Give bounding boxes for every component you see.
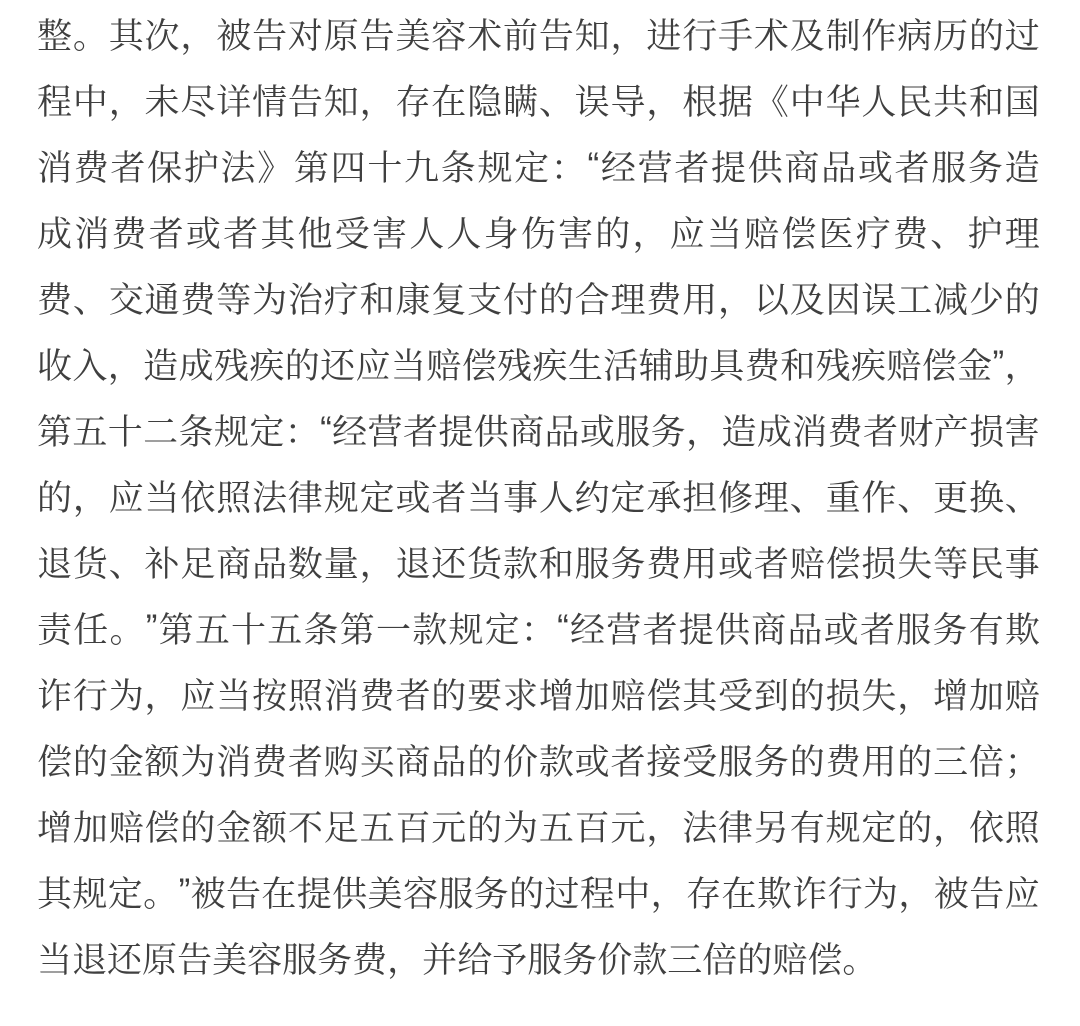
glyph: 责 xyxy=(37,603,72,653)
glyph: 受 xyxy=(718,669,753,719)
glyph: ， xyxy=(933,801,968,851)
glyph: 经 xyxy=(332,405,367,455)
glyph: 的 xyxy=(790,669,825,719)
glyph: 收 xyxy=(37,339,72,389)
glyph: 被 xyxy=(934,867,969,917)
glyph: 容 xyxy=(403,867,438,917)
glyph: 和 xyxy=(780,339,815,389)
glyph: 行 xyxy=(682,9,717,59)
glyph: 损 xyxy=(826,669,861,719)
glyph: 者 xyxy=(863,405,898,455)
glyph: 欺 xyxy=(757,867,792,917)
glyph: 导 xyxy=(611,75,646,125)
glyph: 瞒 xyxy=(503,75,538,125)
document-page: 整。其次，被告对原告美容术前告知，进行手术及制作病历的过 程中，未尽详情告知，存… xyxy=(0,0,1080,1026)
glyph: 合 xyxy=(575,273,610,323)
glyph: ” xyxy=(146,608,158,648)
glyph: 误 xyxy=(575,75,610,125)
glyph: 按 xyxy=(252,669,287,719)
glyph: 应 xyxy=(356,339,391,389)
text-line: 消费者保护法》第四十九条规定：“经营者提供商品或者服务造 xyxy=(37,133,1040,199)
glyph: 的 xyxy=(969,9,1004,59)
glyph: 三 xyxy=(667,933,702,983)
glyph: 应 xyxy=(109,471,144,521)
glyph: 伤 xyxy=(521,207,556,257)
glyph: 过 xyxy=(1005,9,1040,59)
glyph: 疗 xyxy=(324,273,359,323)
glyph: 隐 xyxy=(467,75,502,125)
glyph: 者 xyxy=(431,471,466,521)
glyph: 增 xyxy=(539,669,574,719)
glyph: 量 xyxy=(324,537,359,587)
glyph: 律 xyxy=(288,471,323,521)
glyph: 历 xyxy=(933,9,968,59)
glyph: 和 xyxy=(539,537,574,587)
glyph: 告 xyxy=(288,75,323,125)
glyph: 、 xyxy=(73,273,108,323)
glyph: 九 xyxy=(404,141,439,191)
glyph: 。 xyxy=(143,867,178,917)
glyph: 偿 xyxy=(922,339,957,389)
glyph: 任 xyxy=(73,603,108,653)
glyph: 生 xyxy=(568,339,603,389)
glyph: 赔 xyxy=(886,339,921,389)
glyph: 行 xyxy=(828,867,863,917)
glyph: 复 xyxy=(431,273,466,323)
glyph: 前 xyxy=(503,9,538,59)
glyph: 赔 xyxy=(426,339,461,389)
glyph: 五 xyxy=(195,603,230,653)
glyph: 一 xyxy=(376,603,411,653)
glyph: 、 xyxy=(109,537,144,587)
glyph: ， xyxy=(360,75,395,125)
glyph: 人 xyxy=(446,207,481,257)
glyph: 情 xyxy=(252,75,287,125)
glyph: 者 xyxy=(110,141,145,191)
glyph: 十 xyxy=(108,405,143,455)
glyph: 残 xyxy=(497,339,532,389)
glyph: 费 xyxy=(360,669,395,719)
glyph: 和 xyxy=(360,273,395,323)
glyph: 中 xyxy=(790,75,825,125)
glyph: 知 xyxy=(575,9,610,59)
glyph: 疾 xyxy=(851,339,886,389)
glyph: 者 xyxy=(860,603,895,653)
glyph: 条 xyxy=(304,603,339,653)
glyph: 费 xyxy=(180,273,215,323)
glyph: 原 xyxy=(142,933,177,983)
glyph: 还 xyxy=(431,537,466,587)
glyph: 并 xyxy=(422,933,457,983)
glyph: 换 xyxy=(969,471,1004,521)
glyph: 费 xyxy=(37,273,72,323)
glyph: 告 xyxy=(360,9,395,59)
glyph: 定 xyxy=(861,801,896,851)
glyph: 用 xyxy=(682,537,717,587)
glyph: 的 xyxy=(431,669,466,719)
glyph: ， xyxy=(646,801,681,851)
glyph: 告 xyxy=(539,9,574,59)
glyph: 服 xyxy=(718,735,753,785)
glyph: 服 xyxy=(282,933,317,983)
glyph: 商 xyxy=(216,537,251,587)
glyph: 当 xyxy=(37,933,72,983)
glyph: 者 xyxy=(674,141,709,191)
glyph: 三 xyxy=(933,735,968,785)
glyph: 在 xyxy=(261,867,296,917)
glyph: 当 xyxy=(391,339,426,389)
text-line: 增加赔偿的金额不足五百元的为五百元，法律另有规定的，依照 xyxy=(37,793,1040,859)
glyph: 款 xyxy=(539,735,574,785)
glyph: 人 xyxy=(409,207,444,257)
glyph: 、 xyxy=(930,207,965,257)
glyph: 五 xyxy=(267,603,302,653)
glyph: 应 xyxy=(180,669,215,719)
glyph: 营 xyxy=(638,141,673,191)
glyph: ， xyxy=(686,405,721,455)
glyph: 、 xyxy=(1005,471,1040,521)
glyph: 次 xyxy=(145,9,180,59)
glyph: 务 xyxy=(317,933,352,983)
glyph: 款 xyxy=(632,933,667,983)
glyph: 其 xyxy=(109,9,144,59)
glyph: 、 xyxy=(790,471,825,521)
glyph: 服 xyxy=(615,405,650,455)
glyph: 民 xyxy=(969,537,1004,587)
glyph: 赔 xyxy=(772,933,807,983)
glyph: 费 xyxy=(745,339,780,389)
glyph: 国 xyxy=(1005,75,1040,125)
glyph: 提 xyxy=(711,141,746,191)
glyph: 身 xyxy=(484,207,519,257)
glyph: 的 xyxy=(1005,273,1040,323)
glyph: 或 xyxy=(186,207,221,257)
glyph: 疾 xyxy=(249,339,284,389)
glyph: 对 xyxy=(288,9,323,59)
glyph: 者 xyxy=(895,141,930,191)
glyph: 其 xyxy=(37,867,72,917)
glyph: 事 xyxy=(503,471,538,521)
glyph: 供 xyxy=(332,867,367,917)
glyph: 经 xyxy=(570,603,605,653)
glyph: 消 xyxy=(324,669,359,719)
glyph: 偿 xyxy=(826,537,861,587)
glyph: 、 xyxy=(539,75,574,125)
glyph: 据 xyxy=(718,75,753,125)
glyph: 退 xyxy=(395,537,430,587)
glyph: 第 xyxy=(159,603,194,653)
text-line: 其规定。”被告在提供美容服务的过程中，存在欺诈行为，被告应 xyxy=(37,859,1040,925)
glyph: 造 xyxy=(721,405,756,455)
text-line: 退货、补足商品数量，退还货款和服务费用或者赔偿损失等民事 xyxy=(37,529,1040,595)
glyph: 给 xyxy=(457,933,492,983)
glyph: 误 xyxy=(861,273,896,323)
glyph: 规 xyxy=(72,867,107,917)
text-line: 的，应当依照法律规定或者当事人约定承担修理、重作、更换、 xyxy=(37,463,1040,529)
glyph: 偿 xyxy=(781,207,816,257)
glyph: 金 xyxy=(109,735,144,785)
glyph: 消 xyxy=(216,735,251,785)
glyph: 疾 xyxy=(532,339,567,389)
glyph: 知 xyxy=(324,75,359,125)
glyph: 足 xyxy=(324,801,359,851)
glyph: ： xyxy=(551,141,586,191)
glyph: 以 xyxy=(754,273,789,323)
glyph: 根 xyxy=(682,75,717,125)
glyph: 者 xyxy=(643,603,678,653)
glyph: 或 xyxy=(824,603,859,653)
glyph: ” xyxy=(993,344,1005,384)
glyph: 》 xyxy=(257,141,292,191)
glyph: 成 xyxy=(179,339,214,389)
glyph: 二 xyxy=(143,405,178,455)
glyph: 或 xyxy=(395,471,430,521)
glyph: 程 xyxy=(37,75,72,125)
glyph: 护 xyxy=(967,207,1002,257)
text-line: 偿的金额为消费者购买商品的价款或者接受服务的费用的三倍； xyxy=(37,727,1040,793)
glyph: 华 xyxy=(826,75,861,125)
glyph: 法 xyxy=(682,801,717,851)
glyph: 款 xyxy=(412,603,447,653)
glyph: 少 xyxy=(969,273,1004,323)
glyph: 美 xyxy=(395,9,430,59)
glyph: 元 xyxy=(431,801,466,851)
glyph: 偿 xyxy=(462,339,497,389)
glyph: 务 xyxy=(968,141,1003,191)
glyph: 存 xyxy=(686,867,721,917)
glyph: 的 xyxy=(539,273,574,323)
glyph: 买 xyxy=(360,735,395,785)
glyph: 务 xyxy=(651,405,686,455)
glyph: 的 xyxy=(790,735,825,785)
glyph: 照 xyxy=(288,669,323,719)
glyph: 务 xyxy=(474,867,509,917)
glyph: 制 xyxy=(826,9,861,59)
glyph: 修 xyxy=(718,471,753,521)
glyph: 进 xyxy=(646,9,681,59)
glyph: 行 xyxy=(73,669,108,719)
glyph: 其 xyxy=(682,669,717,719)
glyph: 为 xyxy=(252,273,287,323)
glyph: 工 xyxy=(897,273,932,323)
glyph: 更 xyxy=(933,471,968,521)
glyph: 的 xyxy=(737,933,772,983)
glyph: ， xyxy=(108,339,143,389)
glyph: 条 xyxy=(441,141,476,191)
glyph: 费 xyxy=(646,273,681,323)
glyph: 残 xyxy=(816,339,851,389)
glyph: ， xyxy=(360,537,395,587)
glyph: 务 xyxy=(754,735,789,785)
glyph: 到 xyxy=(754,669,789,719)
glyph: ： xyxy=(285,405,320,455)
glyph: 品 xyxy=(252,537,287,587)
glyph: 的 xyxy=(467,801,502,851)
glyph: ， xyxy=(73,471,108,521)
glyph: 消 xyxy=(792,405,827,455)
glyph: 的 xyxy=(73,735,108,785)
glyph: 第 xyxy=(294,141,329,191)
glyph: 民 xyxy=(897,75,932,125)
glyph: “ xyxy=(320,410,332,450)
glyph: ， xyxy=(898,867,933,917)
glyph: 康 xyxy=(395,273,430,323)
glyph: 额 xyxy=(145,735,180,785)
glyph: 规 xyxy=(324,471,359,521)
glyph: 病 xyxy=(897,9,932,59)
glyph: 价 xyxy=(597,933,632,983)
glyph: 定 xyxy=(485,603,520,653)
glyph: 货 xyxy=(467,537,502,587)
glyph: 品 xyxy=(787,603,822,653)
glyph: 补 xyxy=(145,537,180,587)
glyph: 费 xyxy=(252,735,287,785)
glyph: 的 xyxy=(897,801,932,851)
glyph: 及 xyxy=(790,273,825,323)
glyph: 者 xyxy=(403,405,438,455)
glyph: 服 xyxy=(527,933,562,983)
glyph: 害 xyxy=(372,207,407,257)
glyph: 和 xyxy=(969,75,1004,125)
glyph: 约 xyxy=(575,471,610,521)
glyph: 保 xyxy=(147,141,182,191)
glyph: 费 xyxy=(352,933,387,983)
glyph: ， xyxy=(1005,339,1040,389)
glyph: 规 xyxy=(448,603,483,653)
glyph: 金 xyxy=(216,801,251,851)
glyph: 供 xyxy=(715,603,750,653)
glyph: 承 xyxy=(646,471,681,521)
glyph: 消 xyxy=(37,141,72,191)
glyph: 偿 xyxy=(37,735,72,785)
glyph: 提 xyxy=(438,405,473,455)
glyph: 中 xyxy=(615,867,650,917)
glyph: 不 xyxy=(288,801,323,851)
glyph: 价 xyxy=(503,735,538,785)
glyph: 品 xyxy=(431,735,466,785)
glyph: 的 xyxy=(897,735,932,785)
glyph: 因 xyxy=(826,273,861,323)
glyph: 定 xyxy=(514,141,549,191)
text-line: 诈行为，应当按照消费者的要求增加赔偿其受到的损失，增加赔 xyxy=(37,661,1040,727)
glyph: 治 xyxy=(288,273,323,323)
glyph: 元 xyxy=(611,801,646,851)
glyph: 疗 xyxy=(856,207,891,257)
glyph: 另 xyxy=(754,801,789,851)
glyph: 者 xyxy=(288,735,323,785)
glyph: 依 xyxy=(969,801,1004,851)
glyph: 损 xyxy=(861,537,896,587)
glyph: 活 xyxy=(603,339,638,389)
glyph: 退 xyxy=(72,933,107,983)
glyph: 加 xyxy=(575,669,610,719)
glyph: 告 xyxy=(969,867,1004,917)
glyph: 还 xyxy=(320,339,355,389)
glyph: 倍 xyxy=(702,933,737,983)
glyph: 的 xyxy=(467,735,502,785)
glyph: 提 xyxy=(679,603,714,653)
glyph: 律 xyxy=(718,801,753,851)
glyph: 为 xyxy=(109,669,144,719)
glyph: 人 xyxy=(861,75,896,125)
glyph: 程 xyxy=(580,867,615,917)
glyph: 供 xyxy=(474,405,509,455)
glyph: 交 xyxy=(109,273,144,323)
glyph: 尽 xyxy=(180,75,215,125)
glyph: 款 xyxy=(503,537,538,587)
glyph: 事 xyxy=(1005,537,1040,587)
glyph: 理 xyxy=(611,273,646,323)
glyph: 共 xyxy=(933,75,968,125)
glyph: 用 xyxy=(682,273,717,323)
glyph: 经 xyxy=(601,141,636,191)
glyph: 法 xyxy=(221,141,256,191)
glyph: 《 xyxy=(754,75,789,125)
glyph: 担 xyxy=(682,471,717,521)
glyph: 十 xyxy=(231,603,266,653)
glyph: ， xyxy=(145,669,180,719)
glyph: 当 xyxy=(467,471,502,521)
glyph: 者 xyxy=(223,207,258,257)
glyph: 为 xyxy=(503,801,538,851)
glyph: 偿 xyxy=(646,669,681,719)
glyph: 定 xyxy=(249,405,284,455)
glyph: 者 xyxy=(149,207,184,257)
glyph: 原 xyxy=(324,9,359,59)
glyph: 规 xyxy=(214,405,249,455)
glyph: 入 xyxy=(72,339,107,389)
glyph: 额 xyxy=(252,801,287,851)
glyph: 务 xyxy=(562,933,597,983)
glyph: 照 xyxy=(1005,801,1040,851)
glyph: 成 xyxy=(757,405,792,455)
glyph: 告 xyxy=(252,9,287,59)
glyph: 诈 xyxy=(37,669,72,719)
glyph: 偿 xyxy=(145,801,180,851)
glyph: ， xyxy=(387,933,422,983)
glyph: 条 xyxy=(179,405,214,455)
glyph: 务 xyxy=(611,537,646,587)
glyph: 服 xyxy=(438,867,473,917)
glyph: 被 xyxy=(216,9,251,59)
glyph: 造 xyxy=(143,339,178,389)
glyph: 供 xyxy=(748,141,783,191)
glyph: 规 xyxy=(826,801,861,851)
glyph: 百 xyxy=(575,801,610,851)
glyph: 商 xyxy=(784,141,819,191)
glyph: 退 xyxy=(37,537,72,587)
glyph: 五 xyxy=(539,801,574,851)
text-line: 成消费者或者其他受害人人身伤害的，应当赔偿医疗费、护理 xyxy=(37,199,1040,265)
glyph: 告 xyxy=(226,867,261,917)
glyph: 中 xyxy=(73,75,108,125)
glyph: 手 xyxy=(718,9,753,59)
glyph: 助 xyxy=(674,339,709,389)
glyph: 商 xyxy=(509,405,544,455)
glyph: 在 xyxy=(721,867,756,917)
glyph: 定 xyxy=(360,471,395,521)
text-line: 责任。”第五十五条第一款规定：“经营者提供商品或者服务有欺 xyxy=(37,595,1040,661)
glyph: 费 xyxy=(646,537,681,587)
glyph: 受 xyxy=(335,207,370,257)
glyph: 术 xyxy=(754,9,789,59)
glyph: ； xyxy=(1005,735,1040,785)
glyph: 有 xyxy=(790,801,825,851)
glyph: 受 xyxy=(682,735,717,785)
glyph: 造 xyxy=(1005,141,1040,191)
glyph: 或 xyxy=(858,141,893,191)
glyph: 服 xyxy=(896,603,931,653)
